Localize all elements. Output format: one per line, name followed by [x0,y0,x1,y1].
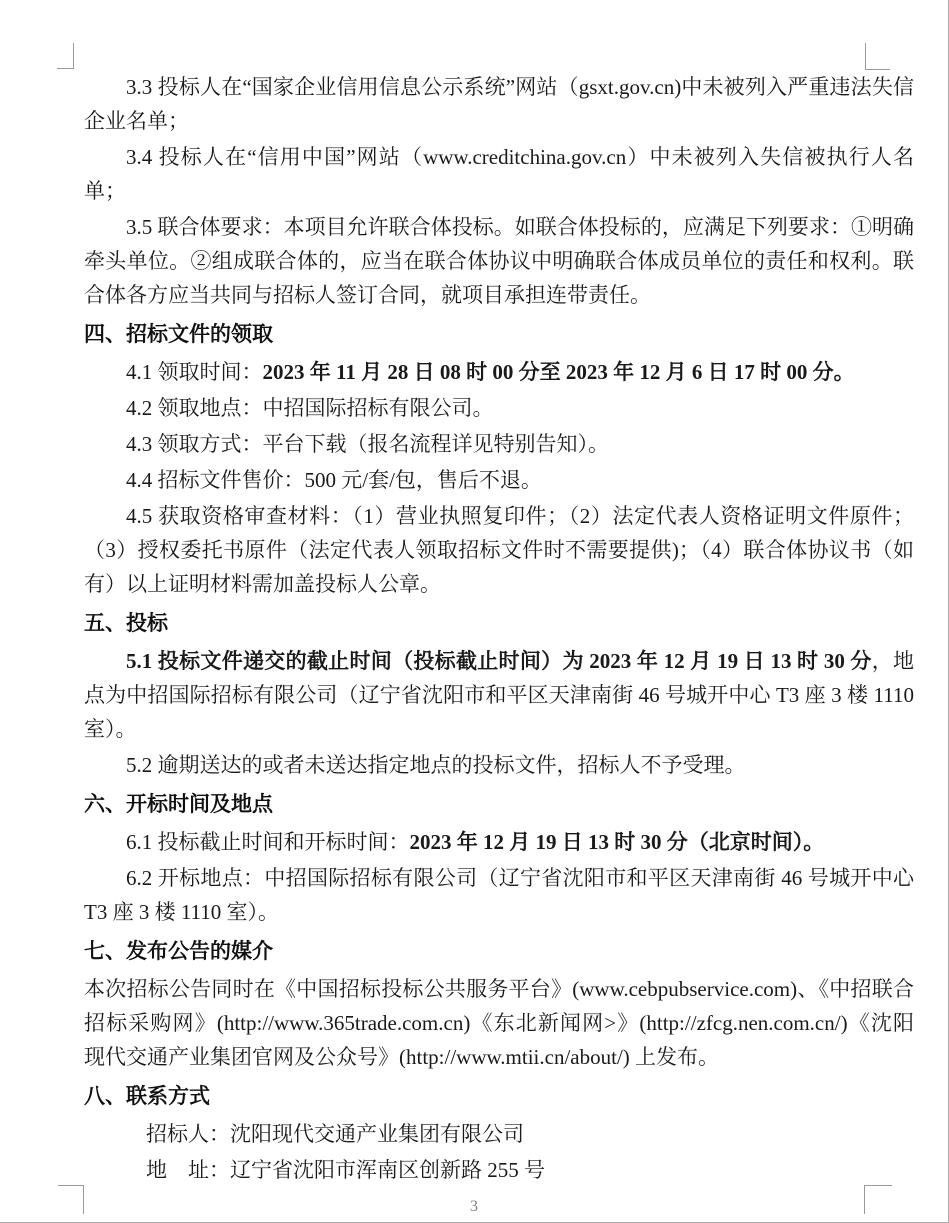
document-page: 3.3 投标人在“国家企业信用信息公示系统”网站（gsxt.gov.cn)中未被… [0,0,949,1223]
section-heading: 八、联系方式 [84,1080,914,1114]
text-run: 3.5 联合体要求：本项目允许联合体投标。如联合体投标的，应满足下列要求：①明确… [84,215,914,307]
section-heading: 四、招标文件的领取 [84,318,914,352]
text-run: 5.1 投标文件递交的截止时间（投标截止时间）为 2023 年 12 月 19 … [126,649,872,673]
paragraph: 4.2 领取地点：中招国际招标有限公司。 [84,391,914,425]
paragraph: 4.3 领取方式：平台下载（报名流程详见特别告知）。 [84,427,914,461]
page-number: 3 [0,1198,948,1216]
paragraph: 4.4 招标文件售价：500 元/套/包，售后不退。 [84,463,914,497]
paragraph: 5.1 投标文件递交的截止时间（投标截止时间）为 2023 年 12 月 19 … [84,644,914,746]
paragraph: 3.3 投标人在“国家企业信用信息公示系统”网站（gsxt.gov.cn)中未被… [84,70,914,138]
section-heading: 七、发布公告的媒介 [84,935,914,969]
paragraph: 招标人：沈阳现代交通产业集团有限公司 [84,1117,914,1151]
paragraph: 3.5 联合体要求：本项目允许联合体投标。如联合体投标的，应满足下列要求：①明确… [84,210,914,312]
text-run: 4.5 获取资格审查材料：（1）营业执照复印件；（2）法定代表人资格证明文件原件… [84,504,914,596]
text-run: 6.1 投标截止时间和开标时间： [126,830,410,854]
text-run: 2023 年 12 月 19 日 13 时 30 分（北京时间）。 [410,830,825,854]
paragraph: 3.4 投标人在“信用中国”网站（www.creditchina.gov.cn）… [84,140,914,208]
text-run: 4.3 领取方式：平台下载（报名流程详见特别告知）。 [126,432,609,456]
text-run: 4.1 领取时间： [126,360,263,384]
text-run: 2023 年 11 月 28 日 08 时 00 分至 2023 年 12 月 … [263,360,855,384]
section-heading: 六、开标时间及地点 [84,788,914,822]
text-run: 五、投标 [84,612,168,635]
paragraph: 4.5 获取资格审查材料：（1）营业执照复印件；（2）法定代表人资格证明文件原件… [84,499,914,601]
text-run: 本次招标公告同时在《中国招标投标公共服务平台》(www.cebpubservic… [84,977,914,1069]
text-run: 地 址：辽宁省沈阳市浑南区创新路 255 号 [146,1158,545,1182]
paragraph: 地 址：辽宁省沈阳市浑南区创新路 255 号 [84,1153,914,1187]
paragraph: 6.2 开标地点：中招国际招标有限公司（辽宁省沈阳市和平区天津南街 46 号城开… [84,861,914,929]
text-run: 4.4 招标文件售价：500 元/套/包，售后不退。 [126,468,542,492]
section-heading: 五、投标 [84,607,914,641]
crop-mark-top-left-icon [57,43,74,69]
paragraph: 本次招标公告同时在《中国招标投标公共服务平台》(www.cebpubservic… [84,972,914,1074]
text-run: 6.2 开标地点：中招国际招标有限公司（辽宁省沈阳市和平区天津南街 46 号城开… [84,866,914,924]
text-run: 4.2 领取地点：中招国际招标有限公司。 [126,396,494,420]
crop-mark-top-right-icon [865,43,890,70]
text-run: 八、联系方式 [84,1085,210,1108]
text-run: 七、发布公告的媒介 [84,940,273,963]
text-run: 5.2 逾期送达的或者未送达指定地点的投标文件，招标人不予受理。 [126,753,746,777]
paragraph: 4.1 领取时间：2023 年 11 月 28 日 08 时 00 分至 202… [84,355,914,389]
text-run: 招标人：沈阳现代交通产业集团有限公司 [146,1122,524,1146]
text-run: 六、开标时间及地点 [84,793,273,816]
document-body: 3.3 投标人在“国家企业信用信息公示系统”网站（gsxt.gov.cn)中未被… [84,70,914,1189]
paragraph: 6.1 投标截止时间和开标时间：2023 年 12 月 19 日 13 时 30… [84,825,914,859]
text-run: 四、招标文件的领取 [84,323,273,346]
text-run: 3.3 投标人在“国家企业信用信息公示系统”网站（gsxt.gov.cn)中未被… [84,75,914,133]
paragraph: 5.2 逾期送达的或者未送达指定地点的投标文件，招标人不予受理。 [84,748,914,782]
text-run: 3.4 投标人在“信用中国”网站（www.creditchina.gov.cn）… [84,145,914,203]
